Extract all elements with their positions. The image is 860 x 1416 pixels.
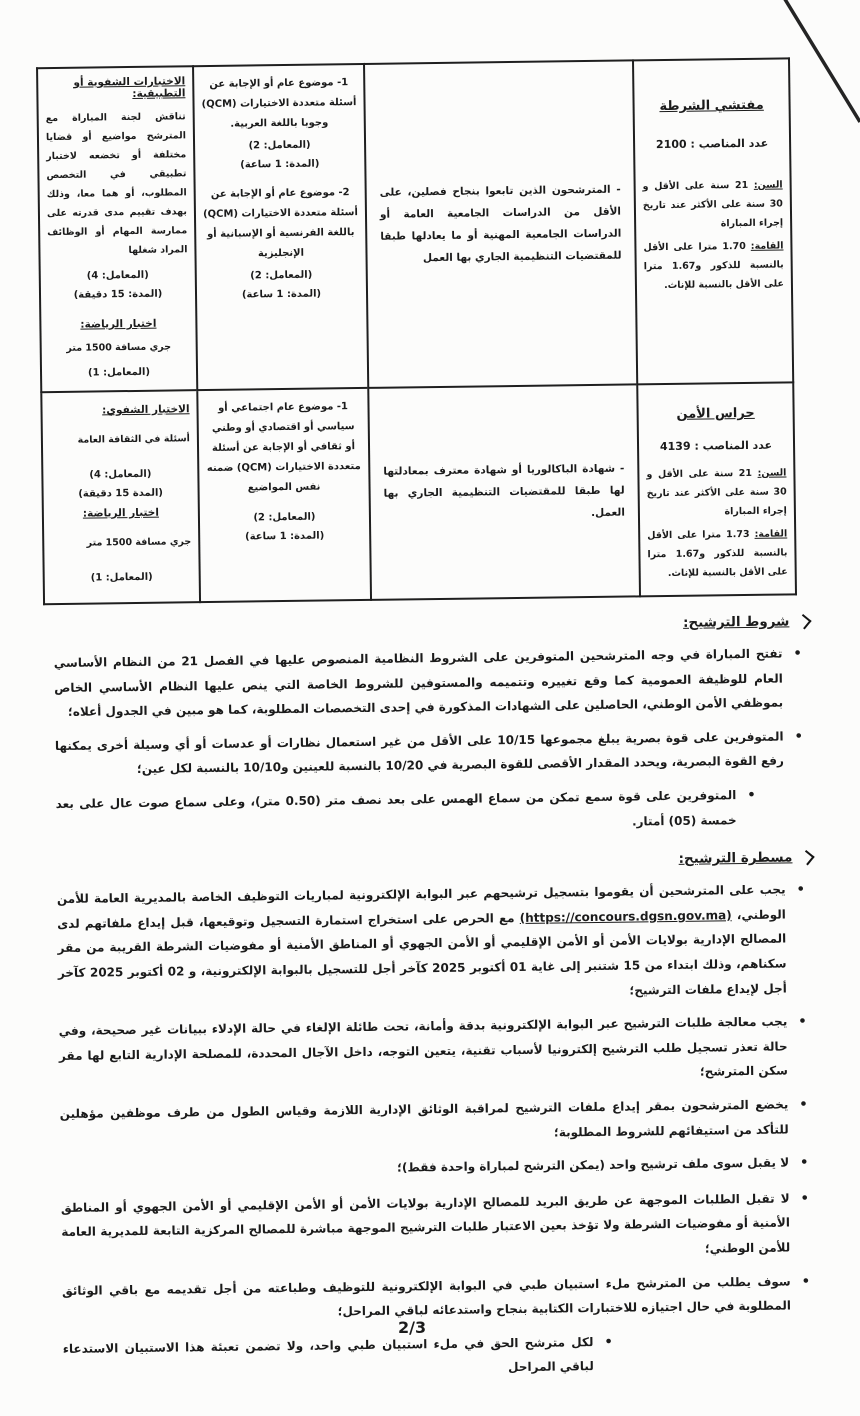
- list-item: •يجب معالجة طلبات الترشيح عبر البوابة ال…: [48, 1009, 809, 1093]
- oral-test-body: تناقش لجنة المباراة مع المترشح مواضيع أو…: [46, 107, 188, 261]
- positions-count: عدد المناصب : 2100: [642, 136, 782, 151]
- bullet-icon: •: [793, 641, 802, 715]
- bullet-icon: •: [796, 877, 806, 1000]
- section-title: مسطرة الترشيح:: [679, 850, 793, 867]
- oral-tests-cell: الاختبار الشفوي: أسئلة في الثقافة العامة…: [41, 390, 200, 604]
- test-duration: (المدة: 1 ساعة): [207, 526, 362, 547]
- list-item: •لا يقبل سوى ملف ترشيح واحد (يمكن الترشح…: [50, 1150, 810, 1187]
- test-coefficient: (المعامل: 2): [202, 135, 357, 156]
- table-row-police-inspectors: مفتشي الشرطة عدد المناصب : 2100 السن: 21…: [37, 58, 793, 392]
- bullet-text: لا تقبل الطلبات الموجهة عن طريق البريد ل…: [61, 1186, 791, 1269]
- procedure-list: •يجب على المترشحين أن يقوموا بتسجيل ترشي…: [47, 877, 813, 1386]
- conditions-list: •تفتح المباراة في وجه المترشحين المتوفري…: [44, 641, 806, 841]
- list-item: •لكل مترشح الحق في ملء استبيان طبي واحد،…: [53, 1327, 814, 1386]
- portal-url: (https://concours.dgsn.gov.ma): [520, 908, 732, 925]
- bullet-icon: •: [604, 1330, 613, 1379]
- positions-count: عدد المناصب : 4139: [646, 438, 786, 453]
- bullet-text: يجب على المترشحين أن يقوموا بتسجيل ترشيح…: [57, 878, 787, 1010]
- section-header: مسطرة الترشيح:: [46, 849, 812, 875]
- written-tests-cell: 1- موضوع عام أو الإجابة عن أسئلة متعددة …: [193, 64, 368, 390]
- bullet-text: تفتح المباراة في وجه المترشحين المتوفرين…: [54, 642, 784, 725]
- job-title: حراس الأمن: [646, 405, 786, 422]
- written-tests-cell: 1- موضوع عام اجتماعي أو سياسي أو اقتصادي…: [197, 388, 371, 602]
- written-test-item: 2- موضوع عام أو الإجابة عن أسئلة متعددة …: [203, 183, 359, 265]
- job-cell: مفتشي الشرطة عدد المناصب : 2100 السن: 21…: [633, 58, 793, 384]
- section-conditions: شروط الترشيح: •تفتح المباراة في وجه المت…: [43, 613, 806, 841]
- bullet-text: يجب معالجة طلبات الترشيح عبر البوابة الإ…: [58, 1010, 788, 1093]
- test-coefficient: (المعامل: 4): [50, 464, 190, 485]
- bullet-text: يخضع المترشحون بمقر إيداع ملفات الترشيح …: [60, 1092, 789, 1151]
- age-requirement: السن: 21 سنة على الأقل و 30 سنة على الأك…: [643, 175, 784, 234]
- test-duration: (المدة: 15 دقيقة): [48, 284, 188, 305]
- sport-test-header: اختبار الرياضة:: [48, 317, 188, 331]
- bullet-text-post: مع الحرص على استخراج استمارة التسجيل وتو…: [57, 911, 787, 997]
- section-procedure: مسطرة الترشيح: •يجب على المترشحين أن يقو…: [46, 849, 813, 1386]
- section-header: شروط الترشيح:: [43, 613, 809, 639]
- bullet-text: المتوفرين على قوة سمع تمكن من سماع الهمس…: [56, 783, 737, 841]
- oral-tests-cell: الاختبارات الشفوية أو التطبيقية: تناقش ل…: [37, 66, 197, 392]
- bullet-icon: •: [800, 1150, 809, 1177]
- test-duration: (المدة 15 دقيقة): [51, 483, 191, 504]
- diploma-cell: - شهادة الباكالوريا أو شهادة معترف بمعاد…: [368, 384, 640, 600]
- test-coefficient: (المعامل: 1): [49, 362, 189, 383]
- list-item: •المتوفرين على قوة بصرية يبلغ مجموعها 10…: [45, 724, 806, 783]
- oral-test-body: أسئلة في الثقافة العامة: [50, 429, 190, 450]
- bullet-icon: •: [794, 724, 803, 773]
- bullet-icon: •: [747, 783, 756, 832]
- section-title: شروط الترشيح:: [683, 613, 790, 630]
- test-coefficient: (المعامل: 2): [204, 265, 359, 286]
- list-item: •تفتح المباراة في وجه المترشحين المتوفري…: [44, 641, 805, 725]
- sport-test-header: اختبار الرياضة:: [51, 506, 191, 520]
- bullet-icon: •: [802, 1269, 811, 1318]
- oral-test-header: الاختبارات الشفوية أو التطبيقية:: [45, 75, 185, 101]
- age-label: السن:: [757, 467, 786, 478]
- bullet-text: المتوفرين على قوة بصرية يبلغ مجموعها 10/…: [55, 724, 784, 783]
- height-label: القامة:: [754, 528, 787, 539]
- table-row-security-guards: حراس الأمن عدد المناصب : 4139 السن: 21 س…: [41, 382, 796, 604]
- chevron-arrow-icon: [796, 613, 811, 628]
- bullet-text: لا يقبل سوى ملف ترشيح واحد (يمكن الترشح …: [60, 1151, 789, 1187]
- height-requirement: القامة: 1.70 مترا على الأقل بالنسبة للذك…: [643, 236, 784, 295]
- diploma-requirement: - المترشحون الذين تابعوا بنجاح فصلين، عل…: [374, 178, 628, 269]
- height-label: القامة:: [751, 240, 784, 251]
- list-item: •لا تقبل الطلبات الموجهة عن طريق البريد …: [51, 1186, 812, 1270]
- test-coefficient: (المعامل: 4): [48, 265, 188, 286]
- recruitment-table: مفتشي الشرطة عدد المناصب : 2100 السن: 21…: [36, 57, 797, 605]
- diploma-cell: - المترشحون الذين تابعوا بنجاح فصلين، عل…: [364, 60, 637, 387]
- test-duration: (المدة: 1 ساعة): [204, 284, 359, 305]
- age-requirement: السن: 21 سنة على الأقل و 30 سنة على الأك…: [646, 463, 787, 522]
- test-coefficient: (المعامل: 2): [207, 507, 362, 528]
- job-title: مفتشي الشرطة: [642, 97, 782, 114]
- bullet-text: سوف يطلب من المترشح ملء استبيان طبي في ا…: [62, 1269, 791, 1328]
- diploma-requirement: - شهادة الباكالوريا أو شهادة معترف بمعاد…: [377, 457, 631, 526]
- test-coefficient: (المعامل: 1): [52, 567, 192, 588]
- written-test-item: 1- موضوع عام اجتماعي أو سياسي أو اقتصادي…: [205, 397, 361, 499]
- job-cell: حراس الأمن عدد المناصب : 4139 السن: 21 س…: [637, 382, 796, 596]
- written-test-item: 1- موضوع عام أو الإجابة عن أسئلة متعددة …: [201, 73, 357, 135]
- height-requirement: القامة: 1.73 مترا على الأقل بالنسبة للذك…: [647, 524, 788, 583]
- list-item: •يجب على المترشحين أن يقوموا بتسجيل ترشي…: [47, 877, 809, 1010]
- oral-test-header: الاختبار الشفوي:: [49, 403, 189, 417]
- bullet-icon: •: [799, 1092, 808, 1141]
- chevron-arrow-icon: [799, 850, 814, 865]
- scanned-document-page: مفتشي الشرطة عدد المناصب : 2100 السن: 21…: [0, 0, 860, 1416]
- sport-test-body: جري مسافة 1500 متر: [49, 337, 189, 358]
- bullet-icon: •: [798, 1009, 807, 1083]
- list-item: •المتوفرين على قوة سمع تمكن من سماع الهم…: [46, 782, 807, 841]
- page-number: 2/3: [398, 1318, 426, 1337]
- list-item: •سوف يطلب من المترشح ملء استبيان طبي في …: [52, 1269, 813, 1328]
- list-item: •يخضع المترشحون بمقر إيداع ملفات الترشيح…: [50, 1092, 811, 1151]
- bullet-text: لكل مترشح الحق في ملء استبيان طبي واحد، …: [63, 1330, 594, 1386]
- bullet-icon: •: [800, 1186, 809, 1260]
- age-label: السن:: [754, 179, 783, 190]
- sport-test-body: جري مسافة 1500 متر: [51, 532, 191, 553]
- document-content: مفتشي الشرطة عدد المناصب : 2100 السن: 21…: [36, 57, 813, 1395]
- test-duration: (المدة: 1 ساعة): [202, 154, 357, 175]
